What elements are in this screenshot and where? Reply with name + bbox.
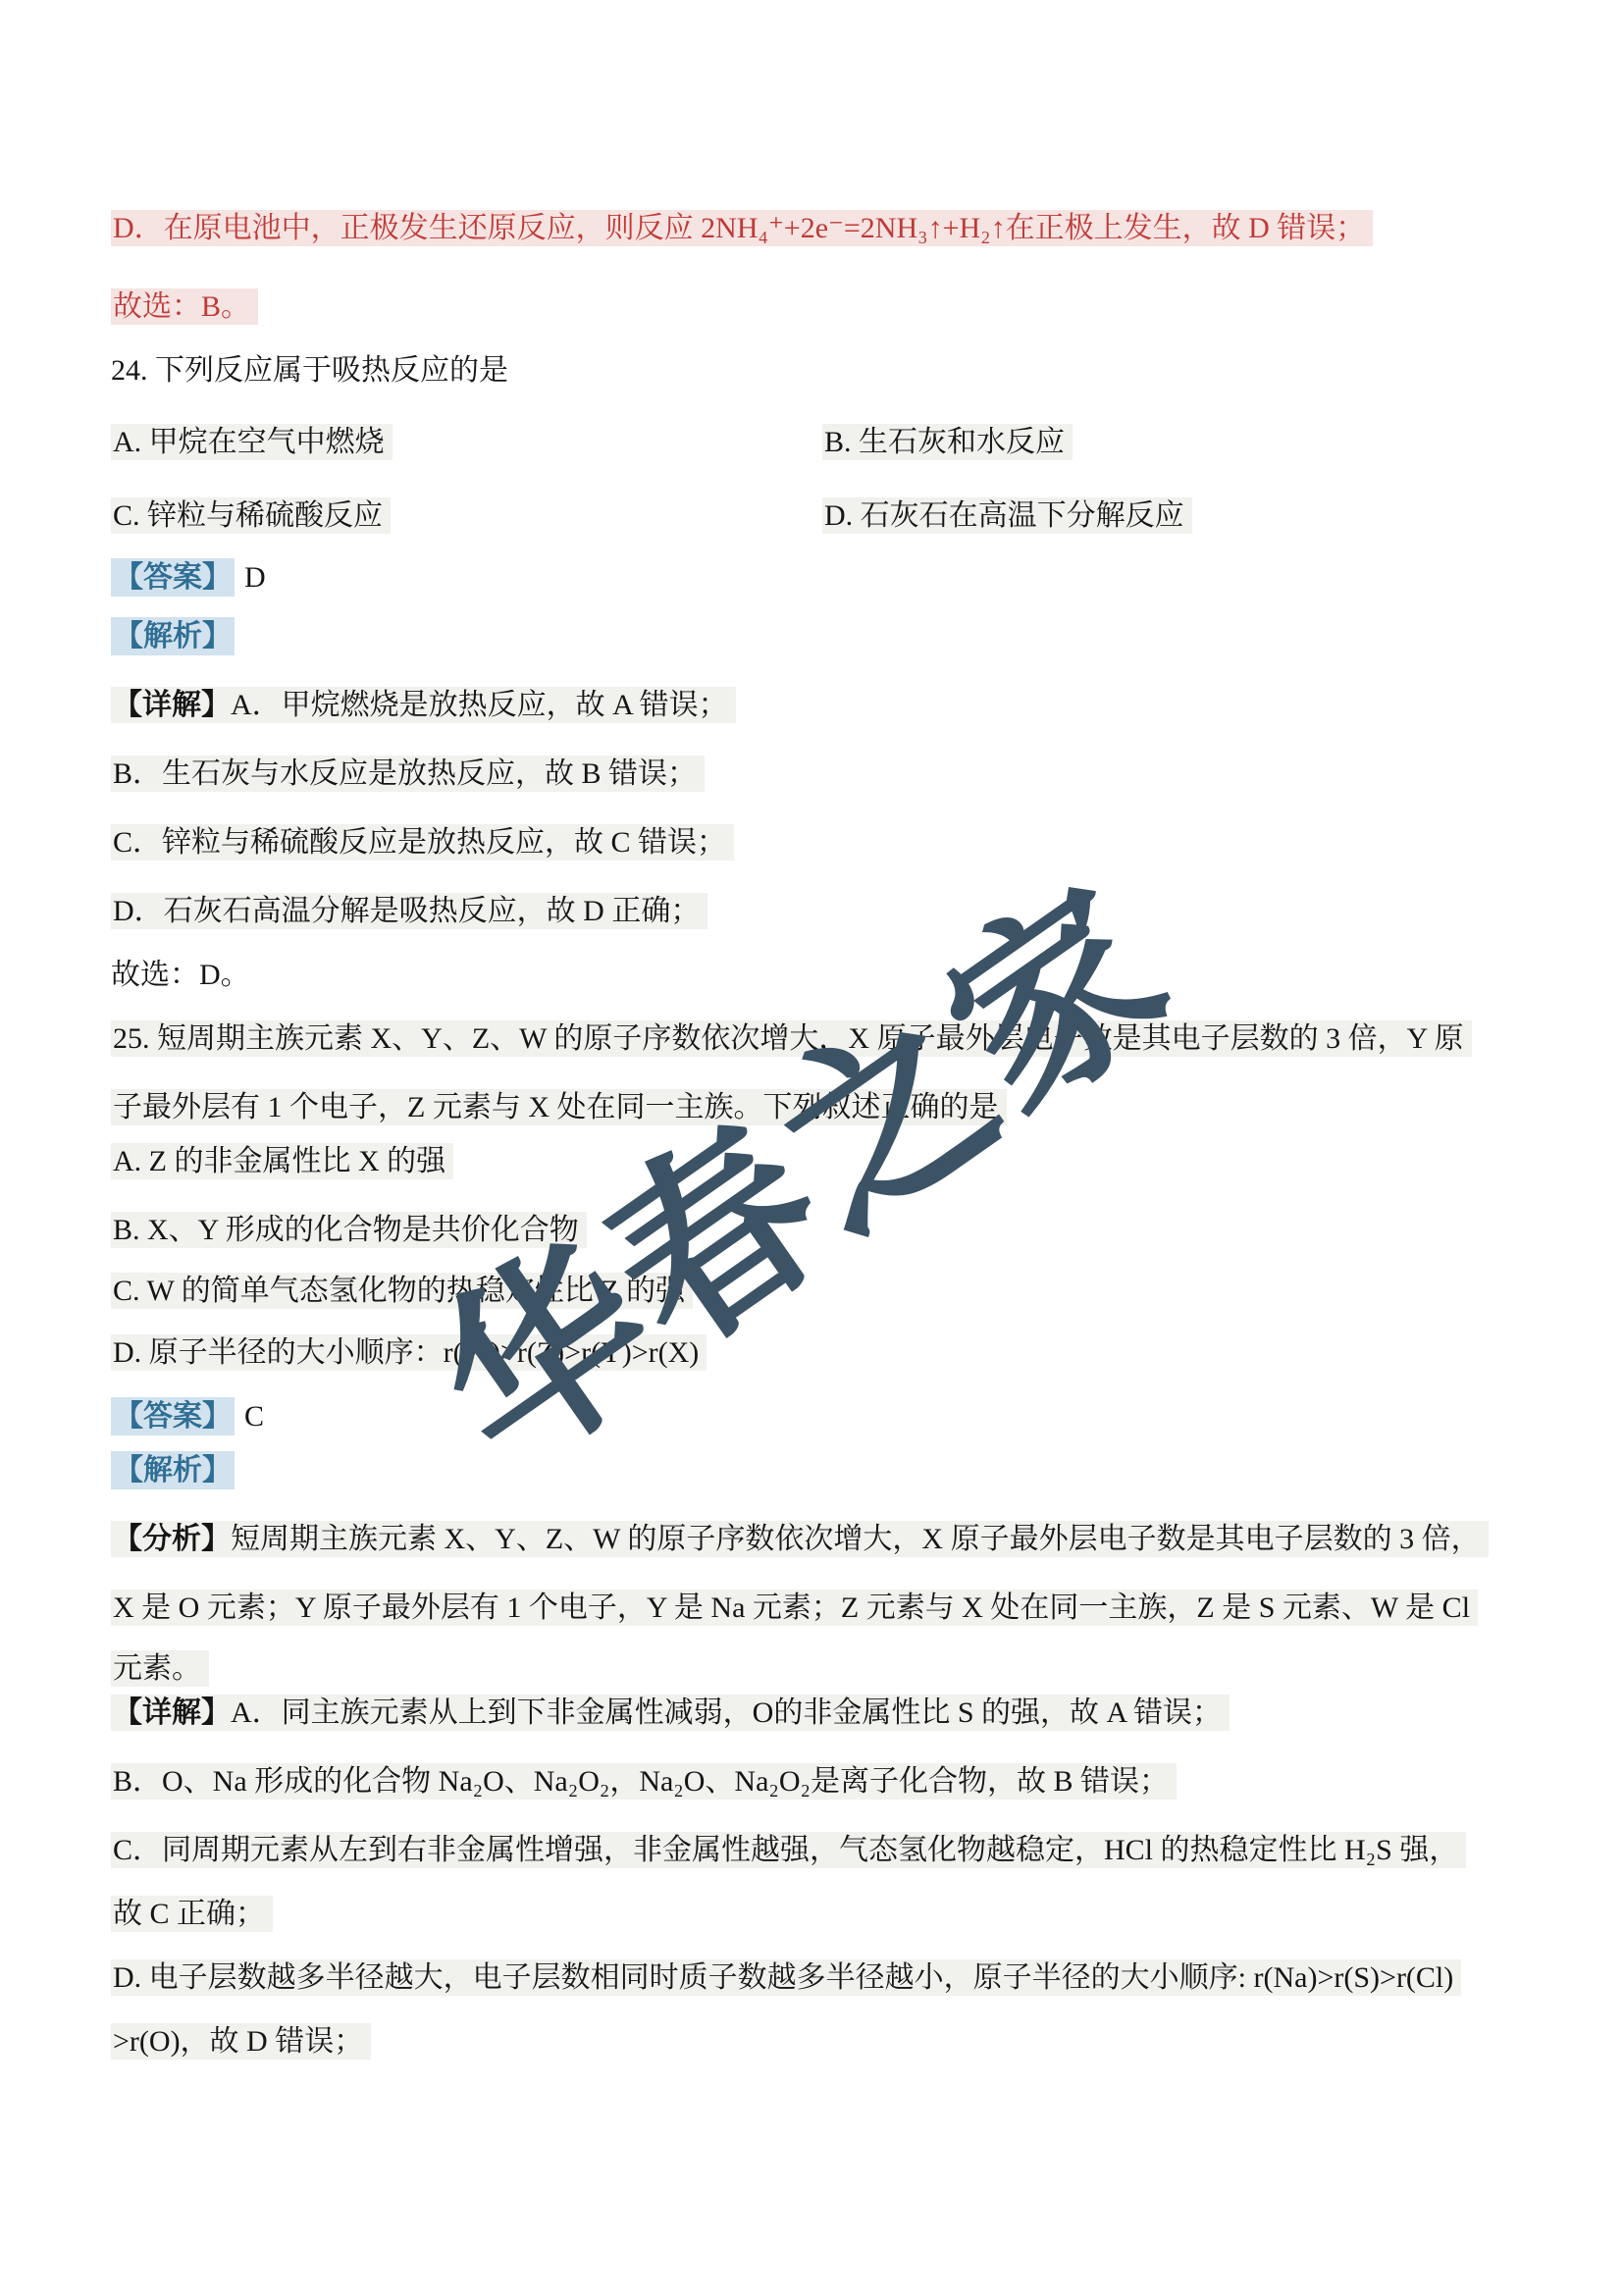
- q25-stem-line2: 子最外层有 1 个电子，Z 元素与 X 处在同一主族。下列叙述正确的是: [111, 1087, 1007, 1128]
- q24-detail-c-line: C．锌粒与稀硫酸反应是放热反应，故 C 错误；: [111, 822, 734, 863]
- q24-option-a: A. 甲烷在空气中燃烧: [111, 422, 393, 463]
- q23-choice-line: 故选：B。: [111, 287, 258, 328]
- q24-detail-b-text: B．生石灰与水反应是放热反应，故 B 错误；: [111, 756, 705, 792]
- q25-jiexi-tag: 【解析】: [111, 1451, 235, 1489]
- q25-detail-c-line2-text: 故 C 正确；: [111, 1896, 273, 1932]
- q24-answer-value: D: [244, 561, 266, 594]
- q23-detail-d-line: D．在原电池中，正极发生还原反应，则反应 2NH₄⁺+2e⁻=2NH₃↑+H₂↑…: [111, 208, 1373, 249]
- q25-analysis-line2: X 是 O 元素；Y 原子最外层有 1 个电子，Y 是 Na 元素；Z 元素与 …: [111, 1588, 1478, 1629]
- q24-option-c: C. 锌粒与稀硫酸反应: [111, 496, 391, 537]
- q24-detail-b-line: B．生石灰与水反应是放热反应，故 B 错误；: [111, 754, 705, 795]
- q24-option-a-text: A. 甲烷在空气中燃烧: [111, 424, 393, 460]
- q24-option-d-text: D. 石灰石在高温下分解反应: [822, 497, 1192, 534]
- q25-detail-c-line1: C．同周期元素从左到右非金属性增强，非金属性越强，气态氢化物越稳定，HCl 的热…: [111, 1830, 1466, 1871]
- q24-detail-d-text: D．石灰石高温分解是吸热反应，故 D 正确；: [111, 893, 707, 929]
- q25-answer-value: C: [244, 1400, 264, 1433]
- q24-detail-tag: 【详解】: [113, 689, 231, 721]
- q25-detail-d-line1-text: D. 电子层数越多半径越大，电子层数相同时质子数越多半径越小，原子半径的大小顺序…: [111, 1959, 1461, 1996]
- q25-analysis-tag: 【分析】: [113, 1523, 231, 1555]
- q24-jiexi-line: 【解析】: [111, 616, 235, 657]
- q25-stem-line1: 25. 短周期主族元素 X、Y、Z、W 的原子序数依次增大，X 原子最外层电子数…: [111, 1018, 1472, 1060]
- q25-detail-d-line2: >r(O)，故 D 错误；: [111, 2021, 371, 2062]
- q24-option-c-text: C. 锌粒与稀硫酸反应: [111, 497, 391, 534]
- q24-option-d: D. 石灰石在高温下分解反应: [822, 496, 1192, 537]
- q24-answer-tag: 【答案】: [111, 558, 235, 597]
- q24-detail-a-line: 【详解】A．甲烷燃烧是放热反应，故 A 错误；: [111, 685, 736, 726]
- exam-answer-page: D．在原电池中，正极发生还原反应，则反应 2NH₄⁺+2e⁻=2NH₃↑+H₂↑…: [0, 0, 1623, 2296]
- q24-choice-line: 故选：D。: [111, 955, 250, 996]
- q25-option-d-text: D. 原子半径的大小顺序：r(W)>r(Z)>r(Y)>r(X): [111, 1334, 707, 1371]
- q23-detail-d-text: D．在原电池中，正极发生还原反应，则反应 2NH₄⁺+2e⁻=2NH₃↑+H₂↑…: [111, 210, 1373, 246]
- q25-option-d: D. 原子半径的大小顺序：r(W)>r(Z)>r(Y)>r(X): [111, 1332, 707, 1374]
- q25-detail-d-line1: D. 电子层数越多半径越大，电子层数相同时质子数越多半径越小，原子半径的大小顺序…: [111, 1957, 1461, 1999]
- q25-analysis-line1: 【分析】短周期主族元素 X、Y、Z、W 的原子序数依次增大，X 原子最外层电子数…: [111, 1519, 1489, 1560]
- q25-option-c: C. W 的简单气态氢化物的热稳定性比 Z 的强: [111, 1271, 693, 1312]
- q25-detail-c-line2: 故 C 正确；: [111, 1894, 273, 1935]
- q25-detail-tag: 【详解】: [113, 1696, 231, 1729]
- q25-analysis-line3: 元素。: [111, 1648, 209, 1690]
- q24-stem: 24. 下列反应属于吸热反应的是: [111, 350, 508, 391]
- q25-option-b-text: B. X、Y 形成的化合物是共价化合物: [111, 1212, 587, 1248]
- q25-answer-line: 【答案】C: [111, 1396, 264, 1437]
- q25-detail-b-line: B．O、Na 形成的化合物 Na₂O、Na₂O₂，Na₂O、Na₂O₂是离子化合…: [111, 1761, 1177, 1802]
- q25-analysis-line3-text: 元素。: [111, 1650, 209, 1687]
- q25-answer-tag: 【答案】: [111, 1397, 235, 1435]
- q24-detail-d-line: D．石灰石高温分解是吸热反应，故 D 正确；: [111, 891, 707, 932]
- q24-option-b-text: B. 生石灰和水反应: [822, 424, 1073, 460]
- q24-option-b: B. 生石灰和水反应: [822, 422, 1073, 463]
- q25-option-b: B. X、Y 形成的化合物是共价化合物: [111, 1210, 587, 1251]
- q25-stem-line1-text: 25. 短周期主族元素 X、Y、Z、W 的原子序数依次增大，X 原子最外层电子数…: [111, 1020, 1472, 1057]
- q24-answer-line: 【答案】D: [111, 557, 266, 599]
- q25-detail-b-text: B．O、Na 形成的化合物 Na₂O、Na₂O₂，Na₂O、Na₂O₂是离子化合…: [111, 1763, 1177, 1800]
- q25-detail-a-line: 【详解】A．同主族元素从上到下非金属性减弱，O的非金属性比 S 的强，故 A 错…: [111, 1693, 1230, 1734]
- q23-choice-text: 故选：B。: [111, 288, 258, 325]
- q25-analysis-line1-text: 短周期主族元素 X、Y、Z、W 的原子序数依次增大，X 原子最外层电子数是其电子…: [231, 1523, 1481, 1555]
- q25-option-a: A. Z 的非金属性比 X 的强: [111, 1141, 453, 1182]
- q25-detail-d-line2-text: >r(O)，故 D 错误；: [111, 2023, 371, 2060]
- q24-detail-a-text: A．甲烷燃烧是放热反应，故 A 错误；: [231, 689, 728, 721]
- q25-stem-line2-text: 子最外层有 1 个电子，Z 元素与 X 处在同一主族。下列叙述正确的是: [111, 1089, 1007, 1125]
- q24-detail-c-text: C．锌粒与稀硫酸反应是放热反应，故 C 错误；: [111, 824, 734, 861]
- q24-jiexi-tag: 【解析】: [111, 617, 235, 655]
- q25-detail-a-text: A．同主族元素从上到下非金属性减弱，O的非金属性比 S 的强，故 A 错误；: [231, 1696, 1222, 1729]
- q25-option-c-text: C. W 的简单气态氢化物的热稳定性比 Z 的强: [111, 1273, 693, 1309]
- q25-option-a-text: A. Z 的非金属性比 X 的强: [111, 1143, 453, 1179]
- q25-jiexi-line: 【解析】: [111, 1450, 235, 1491]
- q25-analysis-line2-text: X 是 O 元素；Y 原子最外层有 1 个电子，Y 是 Na 元素；Z 元素与 …: [111, 1590, 1478, 1626]
- q25-detail-c-line1-text: C．同周期元素从左到右非金属性增强，非金属性越强，气态氢化物越稳定，HCl 的热…: [111, 1832, 1466, 1868]
